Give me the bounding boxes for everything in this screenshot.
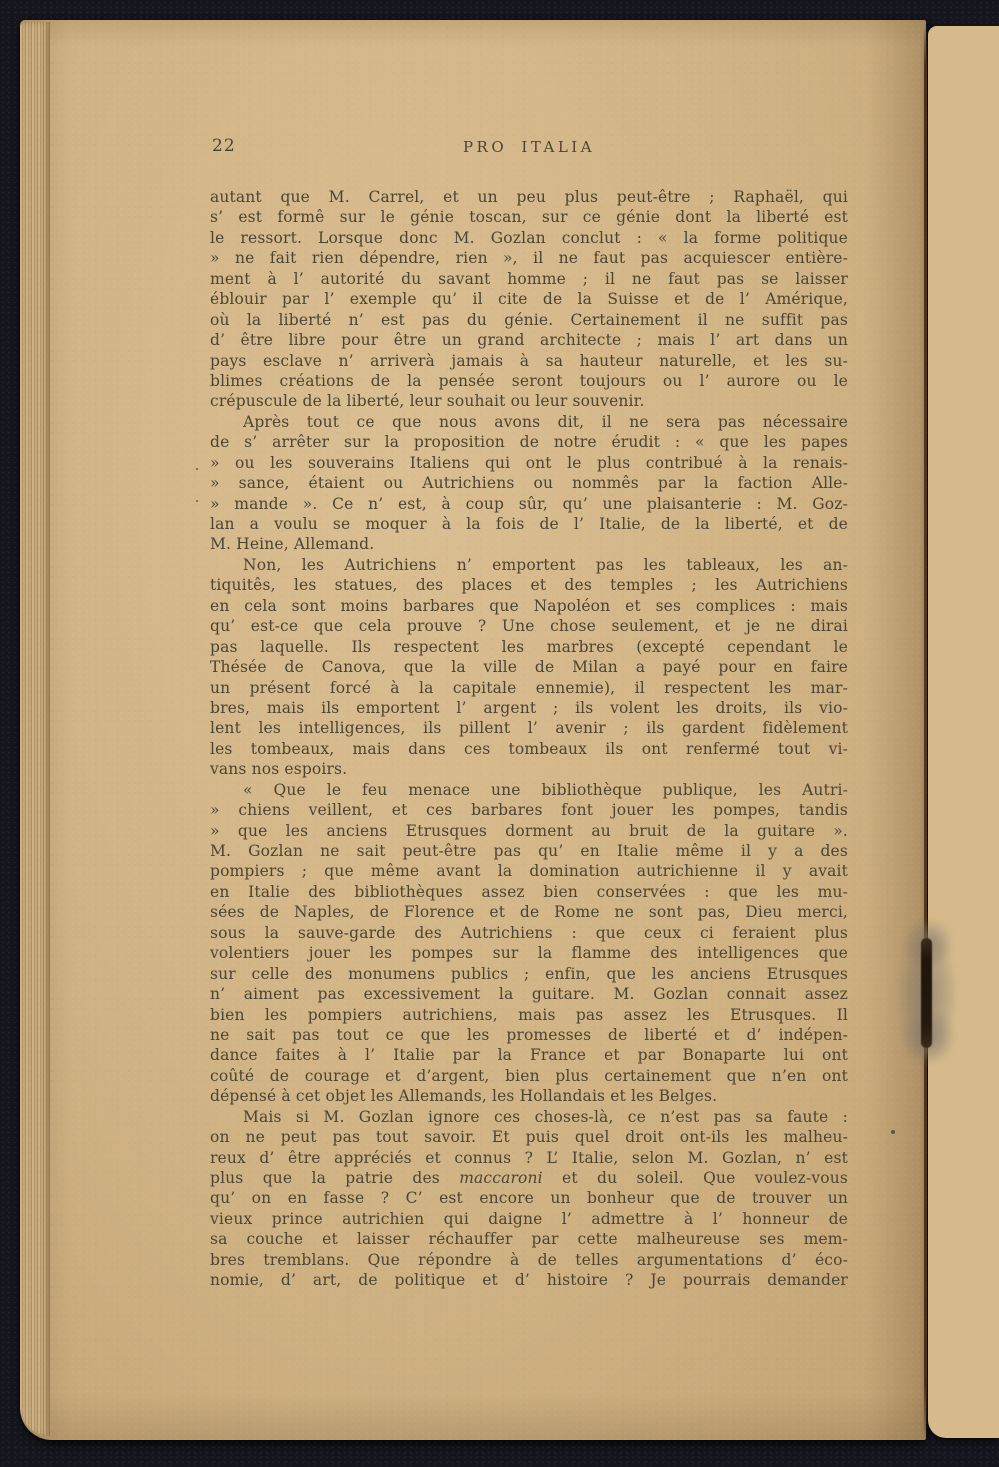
text-line: on ne peut pas tout savoir. Et puis quel… (210, 1127, 848, 1147)
scanned-book-photo: 22 PRO ITALIA autant que M. Carrel, et u… (0, 0, 999, 1467)
text-line: crépuscule de la liberté, leur souhait o… (210, 391, 848, 411)
text-line: » ne fait rien dépendre, rien », il ne f… (210, 248, 848, 268)
text-line: Mais si M. Gozlan ignore ces choses-là, … (210, 1107, 848, 1127)
text-line: pompiers ; que même avant la domination … (210, 861, 848, 881)
text-line: coûté de courage et d’argent, bien plus … (210, 1066, 848, 1086)
text-line: vans nos espoirs. (210, 759, 848, 779)
text-line: en Italie des bibliothèques assez bien c… (210, 882, 848, 902)
text-line: lent les intelligences, ils pillent l’ a… (210, 718, 848, 738)
text-line: en cela sont moins barbares que Napoléon… (210, 596, 848, 616)
text-line: où la liberté n’ est pas du génie. Certa… (210, 310, 848, 330)
text-line: ne sait pas tout ce que les promesses de… (210, 1025, 848, 1045)
text-line: autant que M. Carrel, et un peu plus peu… (210, 187, 848, 207)
text-line: pays esclave n’ arriverà jamais à sa hau… (210, 351, 848, 371)
text-line: » que les anciens Etrusques dorment au b… (210, 821, 848, 841)
text-line: nomie, d’ art, de politique et d’ histoi… (210, 1270, 848, 1290)
text-line: les tombeaux, mais dans ces tombeaux ils… (210, 739, 848, 759)
text-line: sous la sauve-garde des Autrichiens : qu… (210, 923, 848, 943)
text-line: blimes créations de la pensée seront tou… (210, 371, 848, 391)
text-line: Non, les Autrichiens n’ emportent pas le… (210, 555, 848, 575)
text-line: un présent forcé à la capitale ennemie),… (210, 678, 848, 698)
text-line: » sance, étaient ou Autrichiens ou nommê… (210, 473, 848, 493)
text-line: dépensé à cet objet les Allemands, les H… (210, 1086, 848, 1106)
page-number: 22 (212, 136, 236, 156)
text-line: ment à l’ autorité du savant homme ; il … (210, 269, 848, 289)
book-gutter (924, 24, 927, 1438)
text-line: » ou les souverains Italiens qui ont le … (210, 453, 848, 473)
text-line: sées de Naples, de Florence et de Rome n… (210, 902, 848, 922)
text-line: bres tremblans. Que répondre à de telles… (210, 1250, 848, 1270)
text-line: éblouir par l’ exemple qu’ il cite de la… (210, 289, 848, 309)
text-line: » mande ». Ce n’ est, à coup sûr, qu’ un… (210, 494, 848, 514)
text-line: reux d’ être appréciés et connus ? L’ It… (210, 1148, 848, 1168)
text-line: bien les pompiers autrichiens, mais pas … (210, 1005, 848, 1025)
text-line: vieux prince autrichien qui daigne l’ ad… (210, 1209, 848, 1229)
text-line: dance faites à l’ Italie par la France e… (210, 1045, 848, 1065)
running-title: PRO ITALIA (210, 136, 848, 156)
next-page-edge (928, 26, 999, 1438)
text-line: Après tout ce que nous avons dit, il ne … (210, 412, 848, 432)
page-header: 22 PRO ITALIA (210, 136, 848, 156)
text-line: bres, mais ils emportent l’ argent ; ils… (210, 698, 848, 718)
text-line: sur celle des monumens publics ; enfin, … (210, 964, 848, 984)
text-line: sa couche et laisser réchauffer par cett… (210, 1229, 848, 1249)
text-line: lan a voulu se moquer à la fois de l’ It… (210, 514, 848, 534)
page-fore-edge (20, 22, 50, 1436)
ink-speck (196, 468, 198, 470)
text-line: qu’ on en fasse ? C’ est encore un bonhe… (210, 1188, 848, 1208)
text-line: plus que la patrie des maccaroni et du s… (210, 1168, 848, 1188)
text-line: » chiens veillent, et ces barbares font … (210, 800, 848, 820)
text-line: d’ être libre pour être un grand archite… (210, 330, 848, 350)
text-line: le ressort. Lorsque donc M. Gozlan concl… (210, 228, 848, 248)
text-line: s’ est formê sur le génie toscan, sur ce… (210, 207, 848, 227)
text-line: Thésée de Canova, que la ville de Milan … (210, 657, 848, 677)
text-line: pas laquelle. Ils respectent les marbres… (210, 637, 848, 657)
text-line: qu’ est-ce que cela prouve ? Une chose s… (210, 616, 848, 636)
text-line: n’ aiment pas excessivement la guitare. … (210, 984, 848, 1004)
text-line: de s’ arrêter sur la proposition de notr… (210, 432, 848, 452)
text-line: « Que le feu menace une bibliothèque pub… (210, 780, 848, 800)
text-line: M. Gozlan ne sait peut-être pas qu’ en I… (210, 841, 848, 861)
text-line: tiquitês, les statues, des places et des… (210, 575, 848, 595)
page-text: autant que M. Carrel, et un peu plus peu… (210, 187, 848, 1291)
ink-speck (196, 500, 198, 502)
ink-speck (891, 1130, 895, 1134)
text-line: volentiers jouer les pompes sur la flamm… (210, 943, 848, 963)
text-line: M. Heine, Allemand. (210, 534, 848, 554)
